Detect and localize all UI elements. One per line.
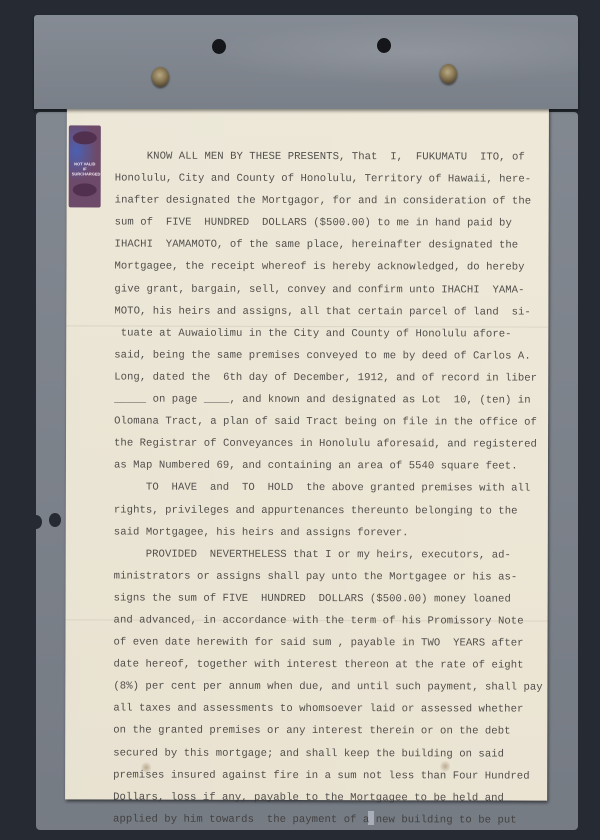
stamp-label: NOT VALID IF SURCHARGED [72, 161, 98, 176]
text-line: date hereof, together with interest ther… [109, 654, 539, 677]
text-line: and advanced, in accordance with the ter… [110, 609, 540, 632]
text-line: signs the sum of FIVE HUNDRED DOLLARS ($… [110, 587, 540, 610]
text-line: KNOW ALL MEN BY THESE PRESENTS, That I, … [111, 145, 541, 168]
text-line: applied by him towards the payment of a … [109, 808, 539, 831]
stamp-oval-icon [73, 183, 97, 196]
mortgage-document-page: NOT VALID IF SURCHARGED KNOW ALL MEN BY … [65, 107, 549, 800]
text-line: tuate at Auwaiolimu in the City and Coun… [110, 322, 540, 345]
punch-hole-icon [377, 38, 391, 53]
text-line: the Registrar of Conveyances in Honolulu… [110, 433, 540, 456]
text-line: as Map Numbered 69, and containing an ar… [110, 455, 540, 478]
text-line: sum of FIVE HUNDRED DOLLARS ($500.00) to… [111, 212, 541, 235]
text-line: PROVIDED NEVERTHELESS that I or my heirs… [110, 543, 540, 566]
text-line: ministrators or assigns shall pay unto t… [110, 565, 540, 588]
brass-rivet-icon [152, 67, 169, 87]
text-line: IHACHI YAMAMOTO, of the same place, here… [111, 234, 541, 257]
brass-rivet-icon [440, 64, 457, 84]
text-line: of even date herewith for said sum , pay… [109, 632, 539, 655]
text-line: said Mortgagee, his heirs and assigns fo… [110, 521, 540, 544]
text-line: MOTO, his heirs and assigns, all that ce… [110, 300, 540, 323]
text-line: _____ on page ____, and known and design… [110, 389, 540, 412]
text-line: Dollars, loss if any, payable to the Mor… [109, 786, 539, 809]
text-line: TO HAVE and TO HOLD the above granted pr… [110, 477, 540, 500]
document-body: KNOW ALL MEN BY THESE PRESENTS, That I, … [109, 145, 541, 831]
binder-top-strip [34, 15, 578, 109]
text-line: all taxes and assessments to whomsoever … [109, 698, 539, 721]
text-line: Olomana Tract, a plan of said Tract bein… [110, 411, 540, 434]
text-line: (8%) per cent per annum when due, and un… [109, 676, 539, 699]
revenue-stamp: NOT VALID IF SURCHARGED [69, 125, 101, 207]
side-notch-icon [30, 515, 42, 529]
text-line: inafter designated the Mortgagor, for an… [111, 190, 541, 213]
text-line: premises insured against fire in a sum n… [109, 764, 539, 787]
text-line: Honolulu, City and County of Honolulu, T… [111, 168, 541, 191]
stamp-label-line2: IF SURCHARGED [72, 166, 98, 176]
text-line: secured by this mortgage; and shall keep… [109, 742, 539, 765]
text-line: said, being the same premises conveyed t… [110, 344, 540, 367]
punch-hole-icon [212, 39, 226, 54]
side-notch-icon [49, 513, 61, 527]
text-line: on the granted premises or any interest … [109, 720, 539, 743]
text-line: Mortgagee, the receipt whereof is hereby… [110, 256, 540, 279]
text-line: Long, dated the 6th day of December, 191… [110, 366, 540, 389]
stamp-oval-icon [73, 131, 97, 144]
text-line: rights, privileges and appurtenances the… [110, 499, 540, 522]
text-line: give grant, bargain, sell, convey and co… [110, 278, 540, 301]
